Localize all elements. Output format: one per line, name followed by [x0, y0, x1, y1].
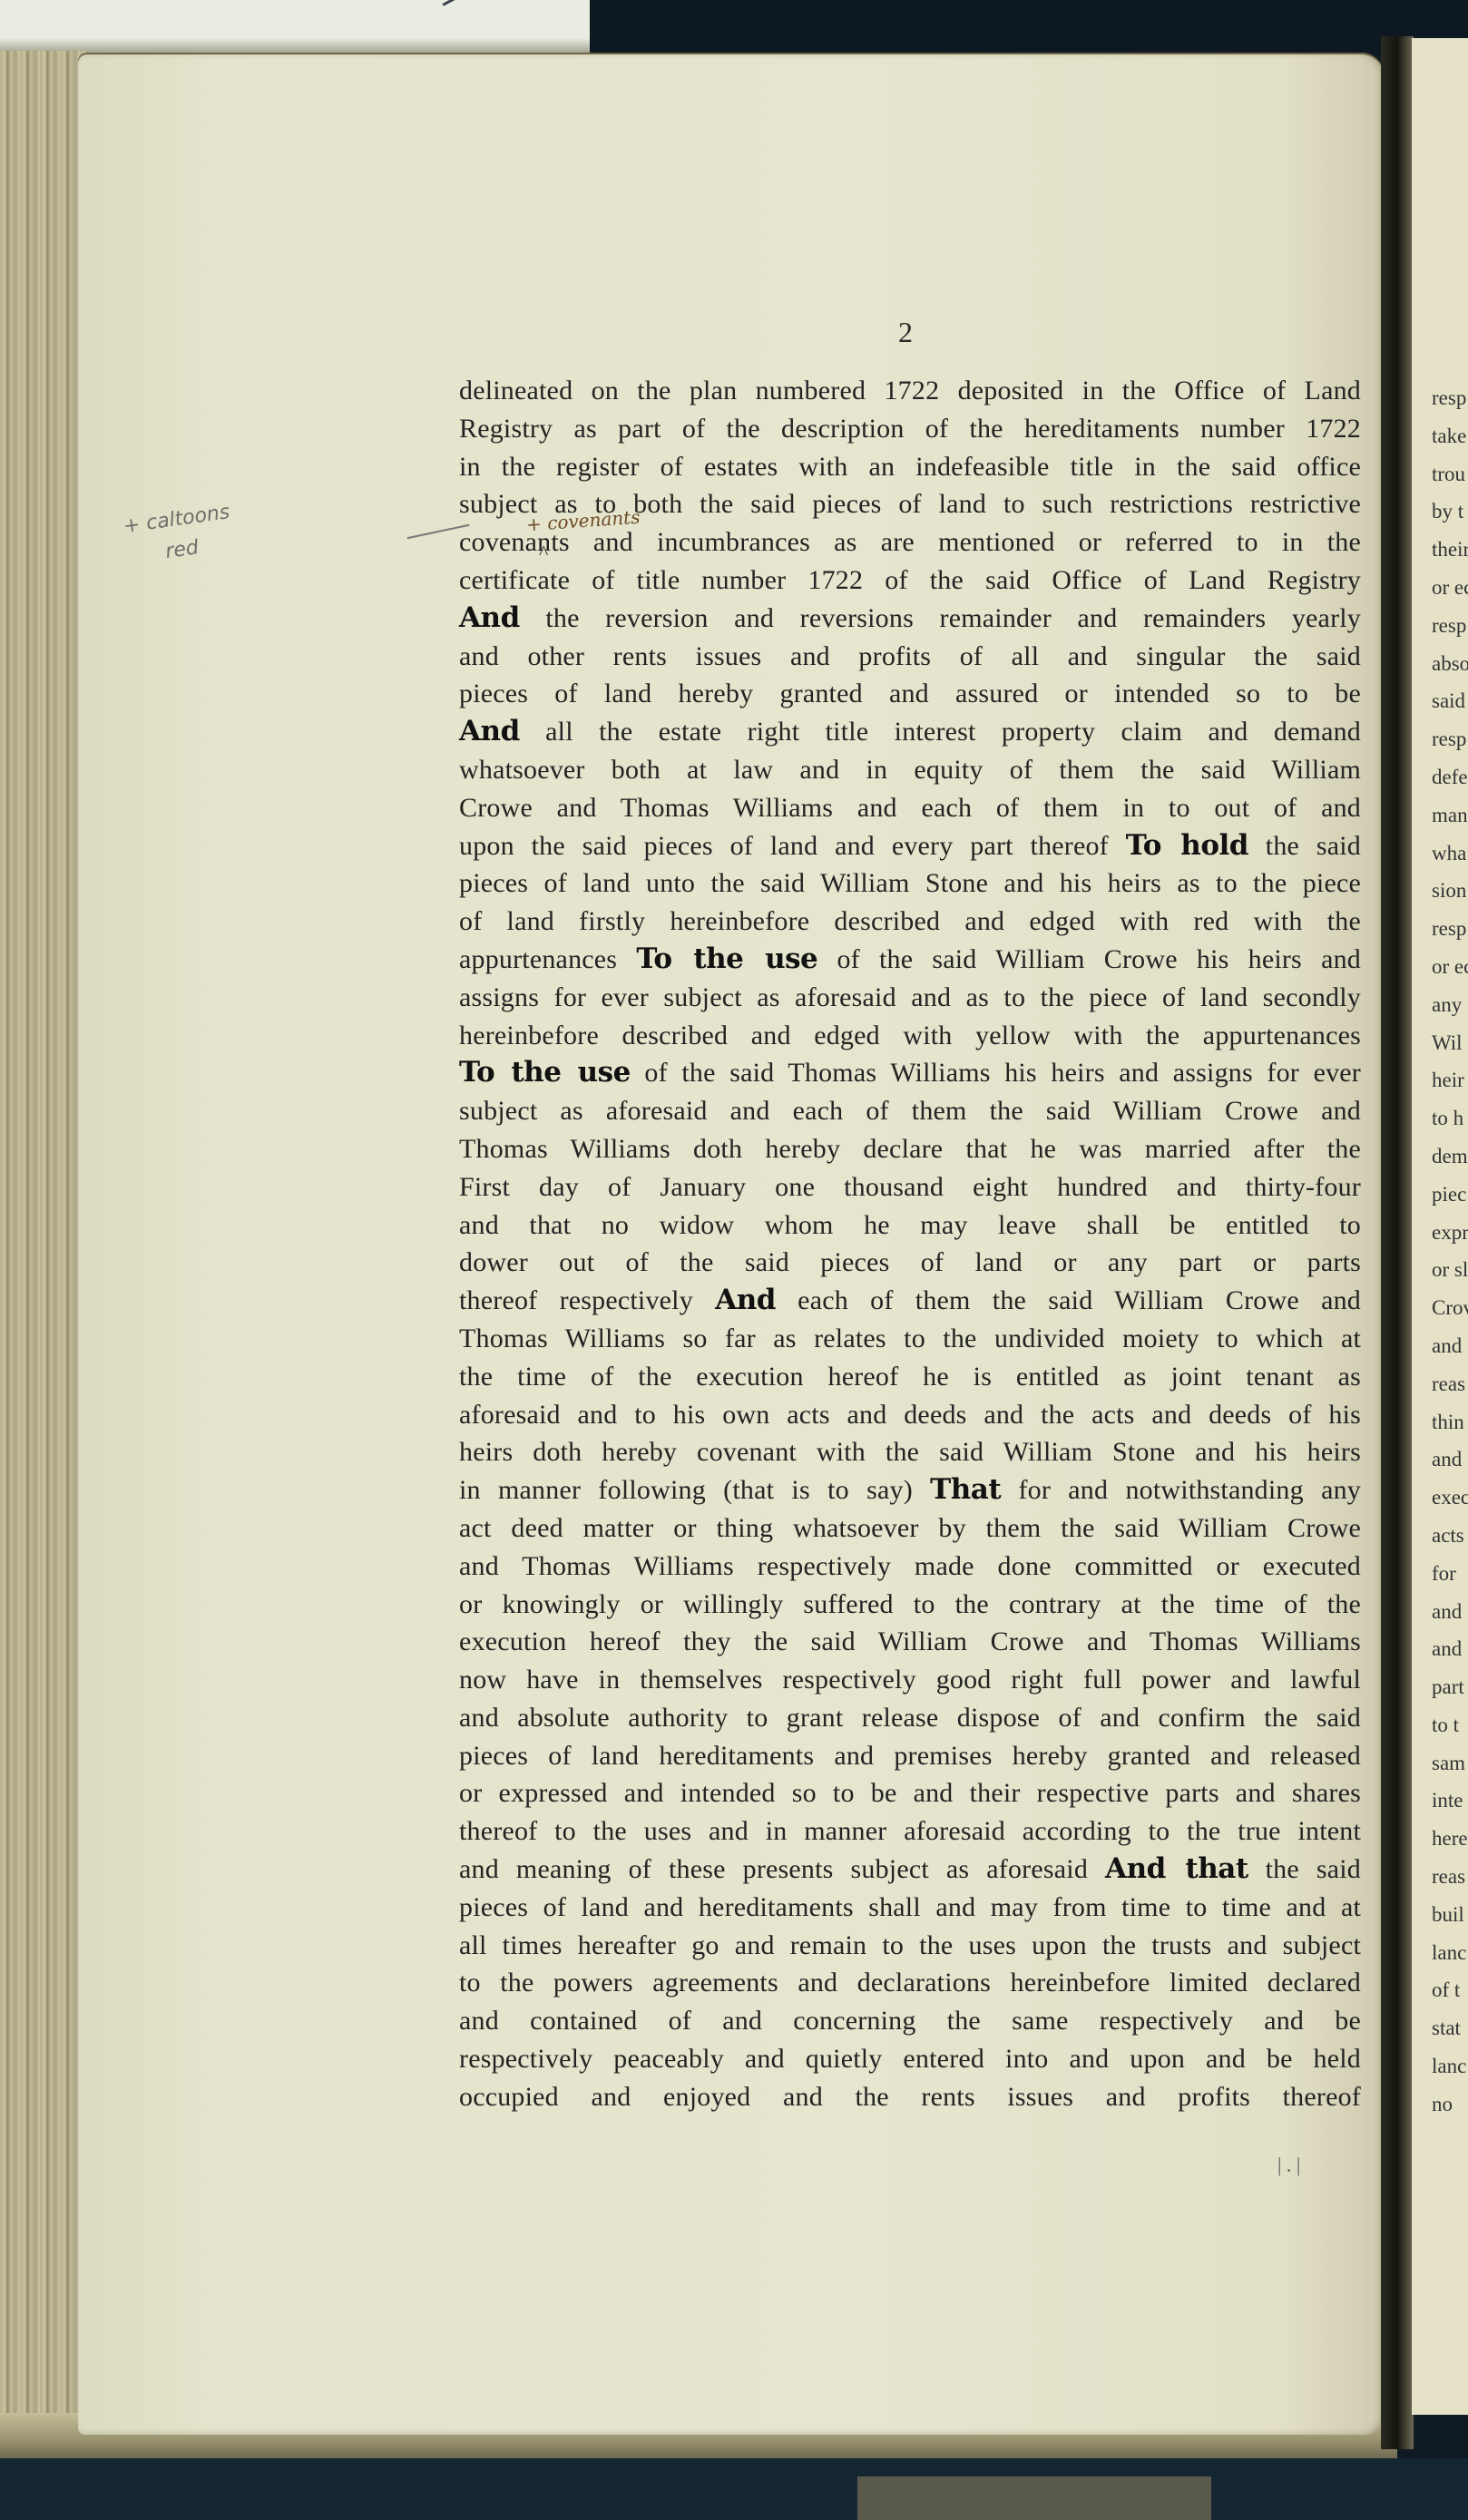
facing-page-fragment: part [1432, 1668, 1468, 1706]
text-line: occupied and enjoyed and the rents issue… [459, 2078, 1361, 2116]
facing-page-fragment: by t [1432, 493, 1468, 531]
text-run: in the register of estates with an indef… [459, 452, 1361, 482]
text-line: covenants and incumbrances as are mentio… [459, 523, 1361, 562]
text-run: heirs doth hereby covenant with the said… [459, 1437, 1361, 1467]
facing-page-fragment: expr [1432, 1214, 1468, 1252]
facing-page-fragment: sion [1432, 872, 1468, 910]
text-run: the said [1248, 831, 1361, 861]
text-line: appurtenances To the use of the said Wil… [459, 941, 1361, 979]
facing-page-fragment: and [1432, 1327, 1468, 1365]
page-number: 2 [898, 316, 913, 349]
text-line: and meaning of these presents subject as… [459, 1851, 1361, 1889]
facing-page-fragment: their [1432, 531, 1468, 569]
facing-page-fragment: trou [1432, 455, 1468, 493]
text-line: the time of the execution hereof he is e… [459, 1358, 1361, 1396]
text-line: in manner following (that is to say) Tha… [459, 1471, 1361, 1509]
text-line: Registry as part of the description of t… [459, 410, 1361, 448]
text-run: and absolute authority to grant release … [459, 1703, 1361, 1733]
blackletter-keyword: To the use [459, 1056, 631, 1089]
facing-page-fragment: resp [1432, 720, 1468, 758]
text-line: of land firstly hereinbefore described a… [459, 903, 1361, 941]
text-run: respectively peaceably and quietly enter… [459, 2044, 1361, 2074]
text-run: thereof to the uses and in manner afores… [459, 1816, 1361, 1846]
text-run: occupied and enjoyed and the rents issue… [459, 2082, 1361, 2112]
text-run: Thomas Williams doth hereby declare that… [459, 1134, 1361, 1164]
text-line: and absolute authority to grant release … [459, 1699, 1361, 1737]
text-run: pieces of land hereby granted and assure… [459, 679, 1361, 708]
facing-page-fragment: take [1432, 417, 1468, 455]
blackletter-keyword: To hold [1126, 829, 1248, 862]
facing-page-fragment: here [1432, 1820, 1468, 1858]
text-line: To the use of the said Thomas Williams h… [459, 1054, 1361, 1092]
facing-page-fragment: buil [1432, 1896, 1468, 1934]
text-line: whatsoever both at law and in equity of … [459, 751, 1361, 789]
facing-page-fragment: and [1432, 1593, 1468, 1631]
text-run: execution hereof they the said William C… [459, 1626, 1361, 1656]
text-line: pieces of land and hereditaments shall a… [459, 1889, 1361, 1927]
text-run: thereof respectively [459, 1285, 715, 1315]
blackletter-keyword: And [715, 1284, 776, 1316]
text-line: Crowe and Thomas Williams and each of th… [459, 789, 1361, 827]
facing-page-fragment: to h [1432, 1099, 1468, 1138]
blackletter-keyword: And [459, 715, 520, 747]
facing-page-text: resptaketrouby ttheiror ecrespabsosaidre… [1432, 379, 1468, 2124]
facing-page-fragment: and [1432, 1630, 1468, 1668]
text-run: subject as to both the said pieces of la… [459, 489, 1361, 519]
pencil-ticks: | . | [1277, 2154, 1300, 2177]
facing-page-fragment: and [1432, 1441, 1468, 1479]
text-line: And all the estate right title interest … [459, 713, 1361, 751]
text-run: of the said William Crowe his heirs and [817, 944, 1361, 974]
deed-body-text: delineated on the plan numbered 1722 dep… [459, 372, 1361, 2116]
text-run: all the estate right title interest prop… [520, 717, 1361, 747]
text-line: and other rents issues and profits of al… [459, 638, 1361, 676]
text-run: pieces of land and hereditaments shall a… [459, 1892, 1361, 1922]
text-run: for and notwithstanding any [1001, 1475, 1361, 1505]
text-run: appurtenances [459, 944, 636, 974]
text-line: Thomas Williams doth hereby declare that… [459, 1130, 1361, 1168]
text-line: Thomas Williams so far as relates to the… [459, 1320, 1361, 1358]
text-line: and that no widow whom he may leave shal… [459, 1206, 1361, 1245]
text-run: Crowe and Thomas Williams and each of th… [459, 793, 1361, 823]
facing-page-fragment: reas [1432, 1365, 1468, 1403]
facing-page-fragment: for [1432, 1555, 1468, 1593]
text-run: and Thomas Williams respectively made do… [459, 1551, 1361, 1581]
facing-page-fragment: Crov [1432, 1289, 1468, 1327]
text-line: pieces of land hereditaments and premise… [459, 1737, 1361, 1775]
text-run: and meaning of these presents subject as… [459, 1854, 1105, 1884]
text-run: First day of January one thousand eight … [459, 1172, 1361, 1202]
text-line: or expressed and intended so to be and t… [459, 1774, 1361, 1812]
text-run: and other rents issues and profits of al… [459, 641, 1361, 671]
facing-page-fragment: man [1432, 796, 1468, 835]
facing-page-fragment: or ec [1432, 948, 1468, 986]
text-line: and contained of and concerning the same… [459, 2002, 1361, 2040]
text-run: the said [1248, 1854, 1361, 1884]
text-line: delineated on the plan numbered 1722 dep… [459, 372, 1361, 410]
text-run: hereinbefore described and edged with ye… [459, 1021, 1361, 1050]
text-run: or expressed and intended so to be and t… [459, 1778, 1361, 1808]
text-line: heirs doth hereby covenant with the said… [459, 1433, 1361, 1471]
text-line: execution hereof they the said William C… [459, 1623, 1361, 1661]
text-line: pieces of land hereby granted and assure… [459, 675, 1361, 713]
text-run: each of them the said William Crowe and [776, 1285, 1361, 1315]
facing-page-fragment: exec [1432, 1479, 1468, 1517]
text-run: the time of the execution hereof he is e… [459, 1362, 1361, 1392]
text-run: subject as aforesaid and each of them th… [459, 1096, 1361, 1126]
text-line: subject as to both the said pieces of la… [459, 485, 1361, 523]
text-line: thereof to the uses and in manner afores… [459, 1812, 1361, 1851]
text-run: now have in themselves respectively good… [459, 1665, 1361, 1695]
text-line: dower out of the said pieces of land or … [459, 1244, 1361, 1282]
facing-page-fragment: or sl [1432, 1251, 1468, 1289]
text-line: And the reversion and reversions remaind… [459, 600, 1361, 638]
text-line: assigns for ever subject as aforesaid an… [459, 979, 1361, 1017]
facing-page-fragment: inte [1432, 1782, 1468, 1820]
text-line: certificate of title number 1722 of the … [459, 562, 1361, 600]
text-run: or knowingly or willingly suffered to th… [459, 1589, 1361, 1619]
facing-page-fragment: dem [1432, 1138, 1468, 1176]
text-run: act deed matter or thing whatsoever by t… [459, 1513, 1361, 1543]
text-line: all times hereafter go and remain to the… [459, 1927, 1361, 1965]
facing-page-fragment: reas [1432, 1858, 1468, 1896]
text-line: upon the said pieces of land and every p… [459, 827, 1361, 865]
text-run: assigns for ever subject as aforesaid an… [459, 982, 1361, 1012]
text-run: the reversion and reversions remainder a… [520, 603, 1361, 633]
facing-page-fragment: thin [1432, 1403, 1468, 1441]
text-line: now have in themselves respectively good… [459, 1661, 1361, 1699]
facing-page-fragment: lanc [1432, 2047, 1468, 2085]
text-run: certificate of title number 1722 of the … [459, 565, 1361, 595]
facing-page-fragment: defe [1432, 758, 1468, 796]
text-line: in the register of estates with an indef… [459, 448, 1361, 486]
text-run: delineated on the plan numbered 1722 dep… [459, 376, 1361, 405]
text-line: act deed matter or thing whatsoever by t… [459, 1509, 1361, 1548]
text-run: and contained of and concerning the same… [459, 2006, 1361, 2036]
facing-page-fragment: sam [1432, 1744, 1468, 1783]
text-run: in manner following (that is to say) [459, 1475, 930, 1505]
text-run: and that no widow whom he may leave shal… [459, 1210, 1361, 1240]
facing-page-fragment: abso [1432, 645, 1468, 683]
facing-page-fragment: any [1432, 986, 1468, 1024]
facing-page-fragment: resp [1432, 607, 1468, 645]
page-stack-edges [0, 51, 87, 2427]
text-line: First day of January one thousand eight … [459, 1168, 1361, 1206]
text-run: upon the said pieces of land and every p… [459, 831, 1126, 861]
text-run: all times hereafter go and remain to the… [459, 1930, 1361, 1960]
text-line: subject as aforesaid and each of them th… [459, 1092, 1361, 1130]
facing-page-fragment: or ec [1432, 569, 1468, 607]
text-run: pieces of land hereditaments and premise… [459, 1741, 1361, 1771]
facing-page-fragment: resp [1432, 910, 1468, 948]
text-line: pieces of land unto the said William Sto… [459, 864, 1361, 903]
text-line: aforesaid and to his own acts and deeds … [459, 1396, 1361, 1434]
text-run: to the powers agreements and declaration… [459, 1968, 1361, 1997]
facing-page-fragment: wha [1432, 835, 1468, 873]
text-run: pieces of land unto the said William Sto… [459, 868, 1361, 898]
facing-page-fragment: resp [1432, 379, 1468, 417]
text-run: covenants and incumbrances as are mentio… [459, 527, 1361, 557]
facing-page-fragment: no [1432, 2085, 1468, 2124]
text-run: Registry as part of the description of t… [459, 414, 1361, 444]
book-gutter [1381, 36, 1414, 2449]
facing-page-fragment: lanc [1432, 1934, 1468, 1972]
facing-page-fragment: acts [1432, 1517, 1468, 1555]
text-line: or knowingly or willingly suffered to th… [459, 1586, 1361, 1624]
facing-page-fragment: Wil [1432, 1024, 1468, 1062]
facing-page-fragment: heir [1432, 1061, 1468, 1099]
blackletter-keyword: To the use [636, 943, 817, 975]
dark-background-top [590, 0, 1468, 56]
text-line: respectively peaceably and quietly enter… [459, 2040, 1361, 2078]
text-run: Thomas Williams so far as relates to the… [459, 1323, 1361, 1353]
bottom-cloth-tab [857, 2476, 1211, 2520]
facing-page-fragment: stat [1432, 2009, 1468, 2047]
text-run: dower out of the said pieces of land or … [459, 1247, 1361, 1277]
text-run: whatsoever both at law and in equity of … [459, 755, 1361, 785]
facing-page-fragment: piec [1432, 1176, 1468, 1214]
text-run: aforesaid and to his own acts and deeds … [459, 1400, 1361, 1430]
blackletter-keyword: That [930, 1473, 1001, 1506]
text-line: to the powers agreements and declaration… [459, 1964, 1361, 2002]
blackletter-keyword: And that [1105, 1852, 1248, 1885]
text-run: of land firstly hereinbefore described a… [459, 906, 1361, 936]
facing-page-fragment: said [1432, 682, 1468, 720]
text-line: and Thomas Williams respectively made do… [459, 1548, 1361, 1586]
text-run: of the said Thomas Williams his heirs an… [631, 1058, 1361, 1088]
text-line: thereof respectively And each of them th… [459, 1282, 1361, 1320]
bottom-dark-background [0, 2458, 1468, 2520]
facing-page-fragment: to t [1432, 1706, 1468, 1744]
facing-page-fragment: of t [1432, 1971, 1468, 2009]
text-line: hereinbefore described and edged with ye… [459, 1017, 1361, 1055]
blackletter-keyword: And [459, 601, 520, 634]
